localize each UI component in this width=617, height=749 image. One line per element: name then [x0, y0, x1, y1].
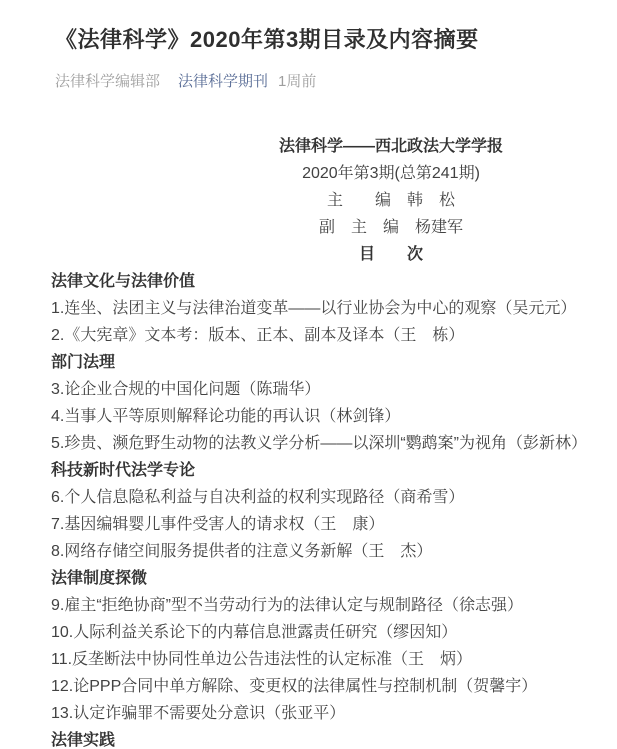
- toc-item: 2.《大宪章》文本考：版本、正本、副本及译本（王 栋）: [51, 322, 617, 349]
- article-body: 法律科学——西北政法大学学报 2020年第3期(总第241期) 主 编 韩 松 …: [51, 133, 617, 749]
- section-heading: 法律文化与法律价值: [51, 268, 617, 295]
- publish-time: 1周前: [278, 73, 316, 90]
- toc-section-legal-practice: 法律实践: [51, 727, 617, 749]
- toc-item: 9.雇主“拒绝协商”型不当劳动行为的法律认定与规制路径（徐志强）: [51, 592, 617, 619]
- byline: 法律科学编辑部法律科学期刊1周前: [55, 74, 617, 90]
- section-heading: 部门法理: [51, 349, 617, 376]
- toc-item: 12.论PPP合同中单方解除、变更权的法律属性与控制机制（贺馨宇）: [51, 673, 617, 700]
- account-link[interactable]: 法律科学期刊: [178, 73, 268, 90]
- toc-item: 8.网络存储空间服务提供者的注意义务新解（王 杰）: [51, 538, 617, 565]
- section-heading: 法律实践: [51, 727, 617, 749]
- toc-item: 7.基因编辑婴儿事件受害人的请求权（王 康）: [51, 511, 617, 538]
- deputy-editor-line: 副 主 编 杨建军: [51, 214, 617, 241]
- toc-section-culture-and-value: 法律文化与法律价值 1.连坐、法团主义与法律治道变革——以行业协会为中心的观察（…: [51, 268, 617, 349]
- article-page: 《法律科学》2020年第3期目录及内容摘要 法律科学编辑部法律科学期刊1周前 法…: [0, 0, 617, 749]
- page-title: 《法律科学》2020年第3期目录及内容摘要: [55, 26, 617, 53]
- toc-heading: 目 次: [51, 241, 617, 268]
- toc-section-departmental-jurisprudence: 部门法理 3.论企业合规的中国化问题（陈瑞华） 4.当事人平等原则解释论功能的再…: [51, 349, 617, 457]
- chief-editor-line: 主 编 韩 松: [51, 187, 617, 214]
- journal-title: 法律科学——西北政法大学学报: [51, 133, 617, 160]
- toc-item: 6.个人信息隐私利益与自决利益的权利实现路径（商希雪）: [51, 484, 617, 511]
- journal-issue: 2020年第3期(总第241期): [51, 160, 617, 187]
- section-heading: 法律制度探微: [51, 565, 617, 592]
- author-name: 法律科学编辑部: [55, 73, 160, 90]
- toc-item: 3.论企业合规的中国化问题（陈瑞华）: [51, 376, 617, 403]
- toc-item: 13.认定诈骗罪不需要处分意识（张亚平）: [51, 700, 617, 727]
- journal-header: 法律科学——西北政法大学学报 2020年第3期(总第241期) 主 编 韩 松 …: [51, 133, 617, 268]
- toc-item: 10.人际利益关系论下的内幕信息泄露责任研究（缪因知）: [51, 619, 617, 646]
- toc-item: 4.当事人平等原则解释论功能的再认识（林剑锋）: [51, 403, 617, 430]
- toc-section-tech-era-special: 科技新时代法学专论 6.个人信息隐私利益与自决利益的权利实现路径（商希雪） 7.…: [51, 457, 617, 565]
- toc-item: 5.珍贵、濒危野生动物的法教义学分析——以深圳“鹦鹉案”为视角（彭新林）: [51, 430, 617, 457]
- toc-item: 1.连坐、法团主义与法律治道变革——以行业协会为中心的观察（吴元元）: [51, 295, 617, 322]
- toc-item: 11.反垄断法中协同性单边公告违法性的认定标准（王 炳）: [51, 646, 617, 673]
- toc-section-legal-system-probe: 法律制度探微 9.雇主“拒绝协商”型不当劳动行为的法律认定与规制路径（徐志强） …: [51, 565, 617, 727]
- section-heading: 科技新时代法学专论: [51, 457, 617, 484]
